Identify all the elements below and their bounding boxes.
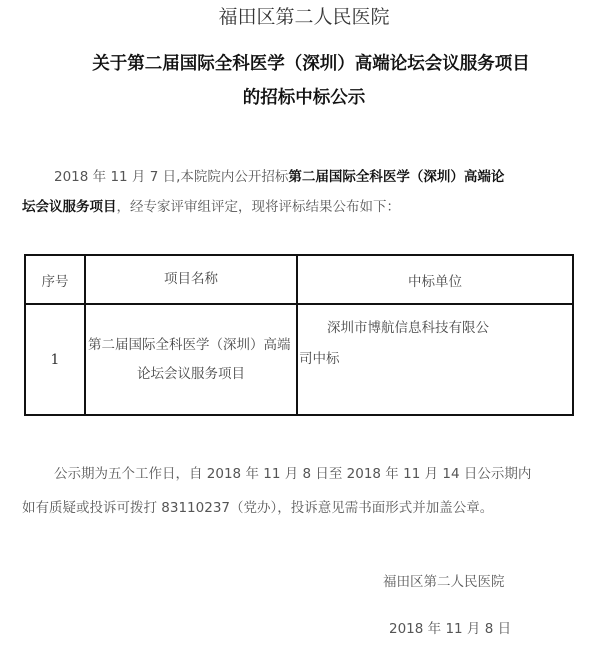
notice-line2: 如有质疑或投诉可拨打 83110237（党办），投诉意见需书面形式并加盖公章。 (22, 496, 493, 516)
notice-line1: 公示期为五个工作日，自 2018 年 11 月 8 日至 2018 年 11 月… (54, 462, 531, 482)
page-title-line2: 的招标中标公示 (0, 84, 608, 109)
signature-org: 福田区第二人民医院 (383, 570, 505, 590)
award-table: 序号 项目名称 中标单位 1 第二届国际全科医学（深圳）高端 论坛会议服务项目 … (24, 254, 574, 416)
header-org: 福田区第二人民医院 (0, 2, 608, 29)
cell-project-line2: 论坛会议服务项目 (87, 360, 295, 389)
cell-winner-line1: 深圳市博航信息科技有限公 (299, 313, 571, 344)
signature-date: 2018 年 11 月 8 日 (389, 617, 511, 637)
cell-winner-line2: 司中标 (299, 344, 571, 375)
page-title-line1: 关于第二届国际全科医学（深圳）高端论坛会议服务项目 (0, 50, 608, 75)
cell-winner: 深圳市博航信息科技有限公 司中标 (297, 304, 573, 415)
intro-line2: 坛会议服务项目，经专家评审组评定，现将评标结果公布如下： (22, 195, 400, 215)
intro-project-bold-1: 第二届国际全科医学（深圳）高端论 (288, 169, 504, 185)
col-header-project: 项目名称 (85, 255, 297, 304)
table-row: 1 第二届国际全科医学（深圳）高端 论坛会议服务项目 深圳市博航信息科技有限公 … (25, 304, 573, 415)
intro-project-bold-2: 坛会议服务项目 (22, 199, 117, 215)
intro-suffix: ，经专家评审组评定，现将评标结果公布如下： (117, 199, 401, 215)
cell-project-line1: 第二届国际全科医学（深圳）高端 (87, 331, 295, 360)
cell-index: 1 (25, 304, 85, 415)
cell-project: 第二届国际全科医学（深圳）高端 论坛会议服务项目 (85, 304, 297, 415)
intro-prefix: 2018 年 11 月 7 日,本院院内公开招标 (54, 169, 288, 185)
intro-line1: 2018 年 11 月 7 日,本院院内公开招标第二届国际全科医学（深圳）高端论 (54, 165, 504, 185)
table-header-row: 序号 项目名称 中标单位 (25, 255, 573, 304)
col-header-winner: 中标单位 (297, 255, 573, 304)
col-header-index: 序号 (25, 255, 85, 304)
